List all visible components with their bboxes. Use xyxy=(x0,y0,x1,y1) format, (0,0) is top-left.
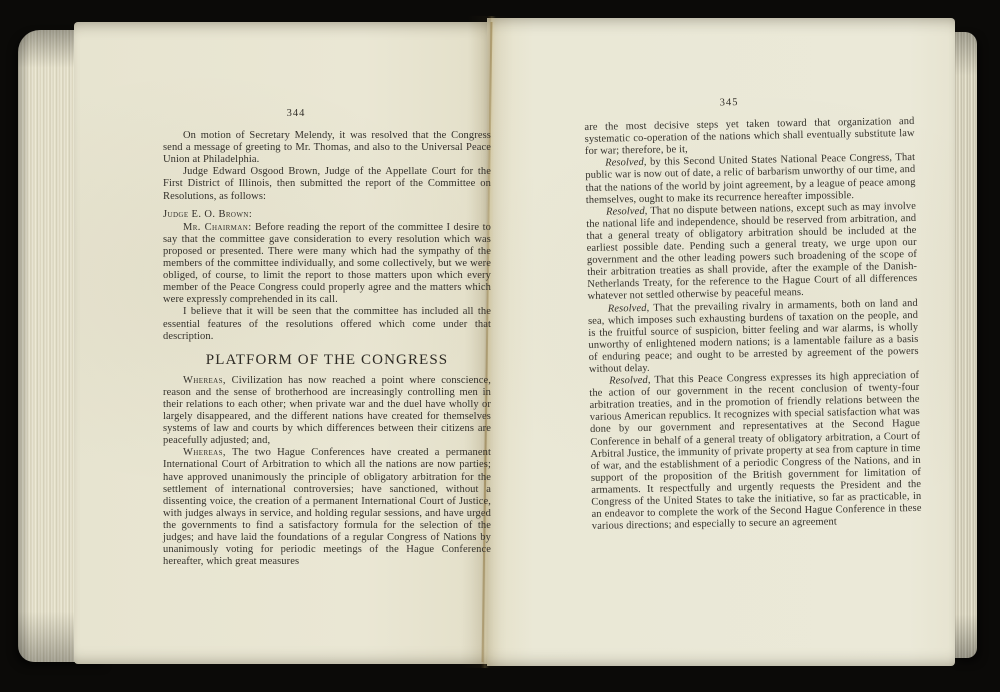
right-page-text: 345 are the most decisive steps yet take… xyxy=(584,94,922,533)
paragraph: Whereas, The two Hague Conferences have … xyxy=(163,447,491,568)
paragraph-lead: Whereas, xyxy=(183,375,226,386)
paragraph: Mr. Chairman: Before reading the report … xyxy=(163,222,491,307)
paragraph-lead: Resolved, xyxy=(608,302,650,314)
paragraph-speaker: Judge E. O. Brown: xyxy=(163,209,491,221)
page-edges-right xyxy=(955,32,977,658)
paragraph: On motion of Secretary Melendy, it was r… xyxy=(163,130,491,166)
paragraph-lead: Judge E. O. Brown: xyxy=(163,209,252,220)
paragraph: Whereas, Civilization has now reached a … xyxy=(163,375,491,448)
paragraph-lead: Whereas, xyxy=(183,447,226,458)
section-heading: PLATFORM OF THE CONGRESS xyxy=(163,354,491,366)
paragraph: Resolved, That no dispute between nation… xyxy=(586,201,918,304)
left-page-text: 344 On motion of Secretary Melendy, it w… xyxy=(163,108,491,568)
paragraph-lead: Resolved, xyxy=(606,206,648,218)
paragraph: Resolved, That the prevailing rivalry in… xyxy=(588,297,919,376)
paragraph: are the most decisive steps yet taken to… xyxy=(584,116,915,158)
paragraph: Judge Edward Osgood Brown, Judge of the … xyxy=(163,166,491,202)
paragraph-lead: Mr. Chairman: xyxy=(183,222,252,233)
paragraph-lead: Resolved, xyxy=(605,157,647,169)
paragraph: Resolved, by this Second United States N… xyxy=(585,152,916,206)
paragraph: Resolved, That this Peace Congress expre… xyxy=(589,370,922,533)
paragraph-lead: Resolved, xyxy=(609,375,651,387)
page-number-left: 344 xyxy=(132,108,460,120)
paragraph: I believe that it will be seen that the … xyxy=(163,306,491,342)
